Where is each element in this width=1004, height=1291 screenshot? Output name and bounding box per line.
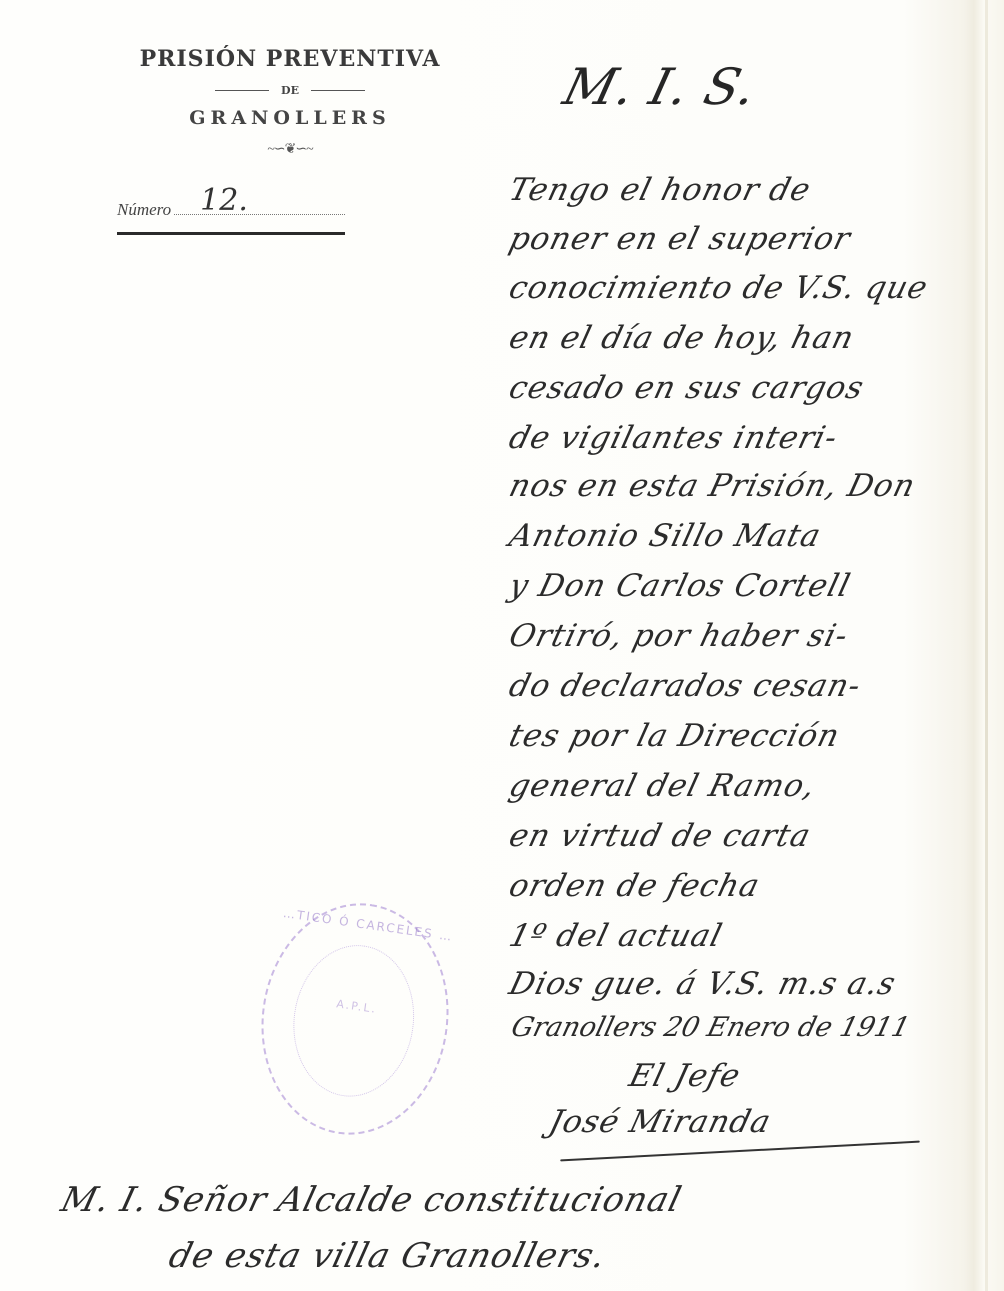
signature: José Miranda <box>546 1104 775 1140</box>
letterhead-city: GRANOLLERS <box>100 107 480 129</box>
addressee-line: M. I. Señor Alcalde constitucional <box>57 1180 686 1220</box>
body-line: general del Ramo, <box>506 768 820 804</box>
body-line: y Don Carlos Cortell <box>506 568 855 604</box>
letterhead-title: PRISIÓN PREVENTIVA <box>100 46 480 72</box>
divider <box>215 90 269 91</box>
body-line: en el día de hoy, han <box>506 320 859 356</box>
ornament-icon: ~∽❦∽~ <box>100 141 480 158</box>
addressee-line: de esta villa Granollers. <box>165 1236 610 1276</box>
closing-title: El Jefe <box>626 1058 745 1094</box>
numero-label: Número <box>117 200 171 220</box>
closing-formula: Dios gue. á V.S. m.s a.s <box>506 966 900 1002</box>
place-date: Granollers 20 Enero de 1911 <box>508 1012 913 1043</box>
letterhead-de-row: DE <box>100 84 480 97</box>
stamp-ring-text: …TICO Ó CARCELES … <box>277 905 459 944</box>
letterhead-de: DE <box>281 84 299 97</box>
ink-stamp: …TICO Ó CARCELES … A.P.L. <box>247 891 463 1147</box>
numero-underline <box>117 232 345 235</box>
body-line: conocimiento de V.S. que <box>506 270 932 306</box>
body-line: poner en el superior <box>506 221 855 257</box>
stamp-inner-ring <box>284 937 424 1104</box>
body-line: nos en esta Prisión, Don <box>506 468 920 504</box>
signature-flourish <box>560 1141 920 1162</box>
body-line: Ortiró, por haber si- <box>506 618 853 654</box>
body-line: cesado en sus cargos <box>506 370 868 406</box>
body-line: tes por la Dirección <box>506 718 844 754</box>
body-line: orden de fecha <box>506 868 764 904</box>
numero-value: 12. <box>200 183 248 218</box>
body-line: en virtud de carta <box>506 818 815 854</box>
document-page: PRISIÓN PREVENTIVA DE GRANOLLERS ~∽❦∽~ N… <box>0 0 1004 1291</box>
body-line: do declarados cesan- <box>506 668 865 704</box>
paper-fold <box>985 0 988 1291</box>
numero-dotted-line: 12. <box>174 200 345 215</box>
numero-field: Número 12. <box>117 200 345 220</box>
body-line: Antonio Sillo Mata <box>506 518 826 554</box>
body-line: de vigilantes interi- <box>506 420 842 456</box>
body-line: 1º del actual <box>506 918 727 954</box>
body-line: Tengo el honor de <box>506 172 815 208</box>
letterhead: PRISIÓN PREVENTIVA DE GRANOLLERS ~∽❦∽~ <box>100 40 480 158</box>
divider <box>311 90 365 91</box>
salutation: M. I. S. <box>558 58 763 116</box>
